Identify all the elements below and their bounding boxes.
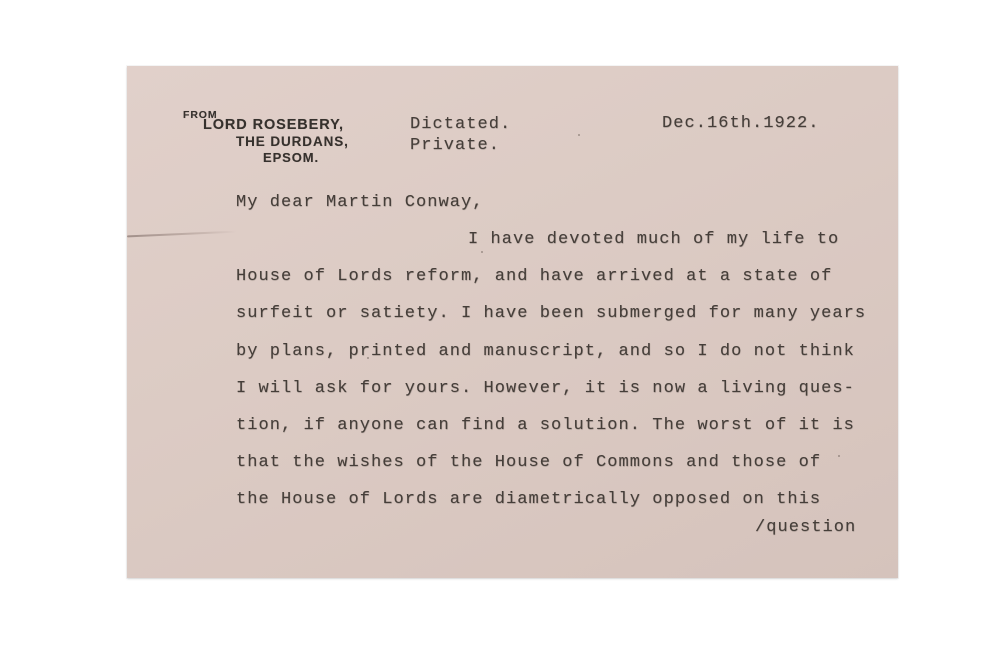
catchword: /question <box>755 518 856 537</box>
letter-date: Dec.16th.1922. <box>662 114 820 133</box>
dictated-annotation: Dictated. <box>410 115 511 134</box>
photo-background: FROM LORD ROSEBERY, THE DURDANS, EPSOM. … <box>0 0 1000 666</box>
body-line: the House of Lords are diametrically opp… <box>236 481 926 518</box>
letterhead-house: THE DURDANS, <box>236 134 349 149</box>
body-line: tion, if anyone can find a solution. The… <box>236 407 926 444</box>
letterhead-sender-name: LORD ROSEBERY, <box>203 117 344 133</box>
private-annotation: Private. <box>410 136 500 155</box>
letter-body: I have devoted much of my life to House … <box>236 221 926 519</box>
letterhead-town: EPSOM. <box>263 150 319 165</box>
ink-speck <box>578 134 580 136</box>
paper-crease <box>127 231 237 237</box>
body-line: that the wishes of the House of Commons … <box>236 444 926 481</box>
body-line: I will ask for yours. However, it is now… <box>236 370 926 407</box>
salutation: My dear Martin Conway, <box>236 193 484 212</box>
body-line: by plans, printed and manuscript, and so… <box>236 333 926 370</box>
body-line: surfeit or satiety. I have been submerge… <box>236 295 926 332</box>
letter-paper: FROM LORD ROSEBERY, THE DURDANS, EPSOM. … <box>127 66 898 578</box>
body-line: House of Lords reform, and have arrived … <box>236 258 926 295</box>
body-line: I have devoted much of my life to <box>236 221 926 258</box>
